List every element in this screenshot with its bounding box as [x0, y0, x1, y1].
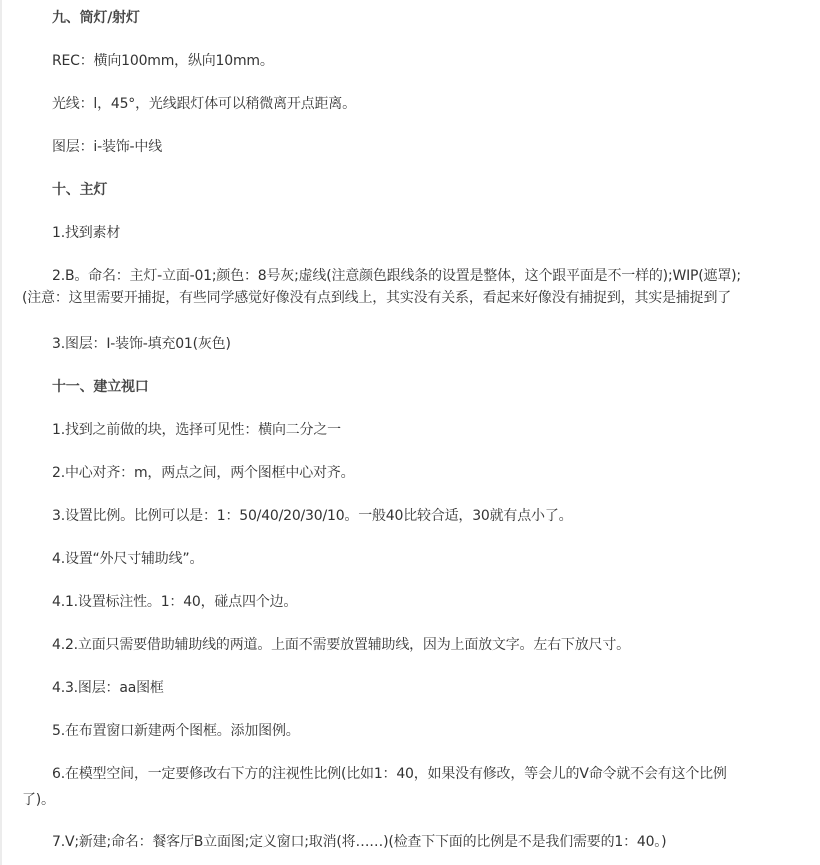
paragraph-new-frames: 5.在布置窗口新建两个图框。添加图例。	[22, 720, 812, 742]
paragraph-light-line: 光线：l，45°，光线跟灯体可以稍微离开点距离。	[22, 93, 812, 115]
paragraph-annotative: 4.1.设置标注性。1：40，碰点四个边。	[22, 591, 812, 613]
paragraph-layer-frame: 4.3.图层：aa图框	[22, 677, 812, 699]
paragraph-elevation-guides: 4.2.立面只需要借助辅助线的两道。上面不需要放置辅助线，因为上面放文字。左右下…	[22, 634, 812, 656]
paragraph-layer: 图层：i-装饰-中线	[22, 136, 812, 158]
paragraph-find-block: 1.找到之前做的块，选择可见性：横向二分之一	[22, 419, 812, 441]
paragraph-center-align: 2.中心对齐：m，两点之间，两个图框中心对齐。	[22, 462, 812, 484]
paragraph-v-command: 7.V;新建;命名：餐客厅B立面图;定义窗口;取消(将……)(检查下下面的比例是…	[22, 831, 812, 853]
paragraph-find-material: 1.找到素材	[22, 222, 812, 244]
paragraph-rec: REC：横向100mm，纵向10mm。	[22, 50, 812, 72]
paragraph-naming: 2.B。命名：主灯-立面-01;颜色：8号灰;虚线(注意颜色跟线条的设置是整体，…	[22, 265, 812, 287]
paragraph-outer-guides: 4.设置“外尺寸辅助线”。	[22, 548, 812, 570]
page-left-border	[0, 0, 2, 865]
paragraph-model-space-cont: 了)。	[22, 789, 812, 811]
paragraph-model-space: 6.在模型空间，一定要修改右下方的注视性比例(比如1：40，如果没有修改，等会儿…	[22, 763, 812, 785]
section-heading-viewport: 十一、建立视口	[22, 376, 812, 398]
paragraph-layer-fill: 3.图层：I-装饰-填充01(灰色)	[22, 333, 812, 355]
section-heading-main-light: 十、主灯	[22, 179, 812, 201]
paragraph-naming-note: (注意：这里需要开捕捉，有些同学感觉好像没有点到线上，其实没有关系，看起来好像没…	[22, 287, 812, 309]
paragraph-set-scale: 3.设置比例。比例可以是：1：50/40/20/30/10。一般40比较合适，3…	[22, 505, 812, 527]
section-heading-downlight: 九、筒灯/射灯	[22, 7, 812, 29]
